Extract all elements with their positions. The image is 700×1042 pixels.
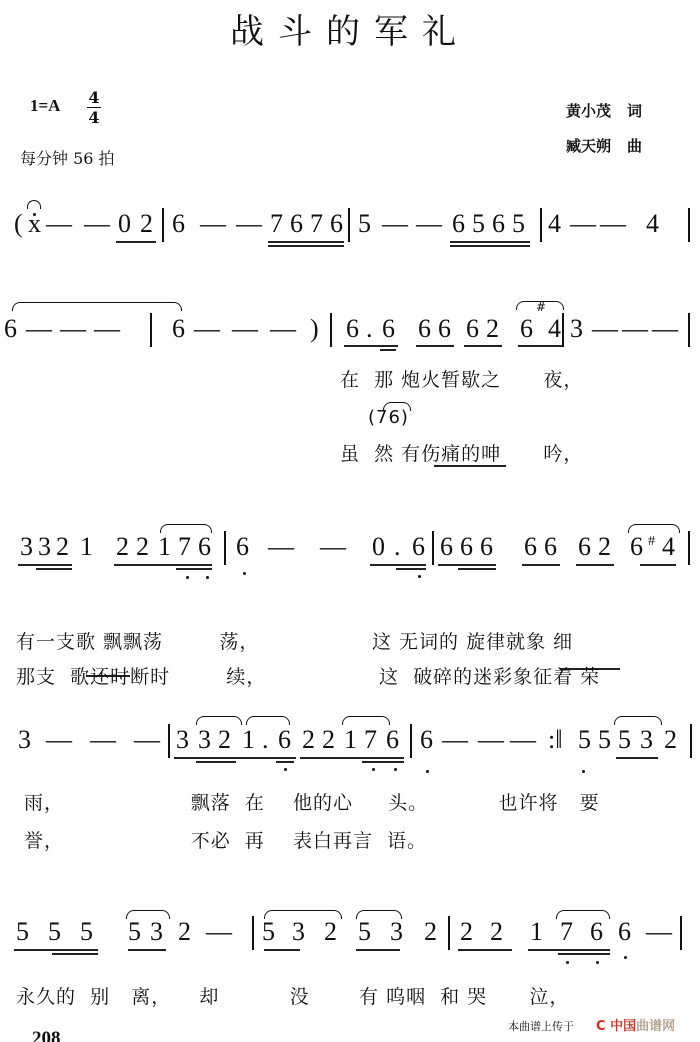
sixteenth-underline xyxy=(450,245,530,247)
note: 6 xyxy=(480,527,493,567)
barline xyxy=(680,916,682,950)
note: 6 xyxy=(618,912,631,952)
note: 6 xyxy=(544,527,557,567)
note: 6 xyxy=(630,527,643,567)
note: 6 xyxy=(466,309,479,349)
lyricist-name: 黄小茂 xyxy=(566,102,611,120)
note: ( xyxy=(14,204,23,244)
eighth-underline xyxy=(114,564,212,566)
tie-slur xyxy=(196,716,242,725)
sixteenth-underline xyxy=(396,568,426,570)
note: 2 xyxy=(302,720,315,760)
note: 5 xyxy=(48,912,61,952)
note: — xyxy=(200,204,226,244)
note: 2 xyxy=(218,720,231,760)
barline xyxy=(410,724,412,758)
lower-dot xyxy=(186,576,189,579)
note: 6 xyxy=(440,527,453,567)
notation-line-3: 3321221766——0.666666626#4 xyxy=(0,527,700,567)
note: 2 xyxy=(664,720,677,760)
note: — xyxy=(84,204,110,244)
tie-slur xyxy=(342,716,390,725)
note: 6 xyxy=(492,204,505,244)
logo-mark-icon: C xyxy=(596,1019,606,1034)
eighth-underline xyxy=(116,241,156,243)
notation-line-1: (x——026——76765——65654——4 xyxy=(0,204,700,244)
lower-dot xyxy=(596,961,599,964)
note: — xyxy=(194,309,220,349)
lower-dot xyxy=(426,770,429,773)
composer-name: 臧天朔 xyxy=(566,137,611,155)
note: — xyxy=(478,720,504,760)
note: 2 xyxy=(486,309,499,349)
site-logo[interactable]: C 中国曲谱网 xyxy=(596,1015,675,1034)
note: 6 xyxy=(236,527,249,567)
note: 3 xyxy=(570,309,583,349)
note: 2 xyxy=(490,912,503,952)
note: 3 xyxy=(198,720,211,760)
barline xyxy=(562,313,564,347)
note: — xyxy=(60,309,86,349)
note: 2 xyxy=(322,720,335,760)
eighth-underline xyxy=(356,949,400,951)
note: . xyxy=(394,527,401,567)
note: — xyxy=(94,309,120,349)
lower-dot xyxy=(206,576,209,579)
note: — xyxy=(600,204,626,244)
note: — xyxy=(270,309,296,349)
sixteenth-underline xyxy=(558,953,610,955)
note: — xyxy=(570,204,596,244)
tie-slur xyxy=(246,716,290,725)
note: 7 xyxy=(364,720,377,760)
note: — xyxy=(232,309,258,349)
eighth-underline xyxy=(18,564,72,566)
eighth-underline xyxy=(264,949,300,951)
note: 6 xyxy=(290,204,303,244)
barline xyxy=(448,916,450,950)
sixteenth-underline xyxy=(36,568,72,570)
time-denominator: 4 xyxy=(86,108,102,127)
note: 3 xyxy=(640,720,653,760)
sixteenth-underline xyxy=(362,761,404,763)
note: 0 xyxy=(118,204,131,244)
lyric-verse1-line2: 在 那 炮火暂歇之 夜， xyxy=(340,365,583,392)
barline xyxy=(432,531,434,565)
note: 3 xyxy=(176,720,189,760)
note: — xyxy=(134,720,160,760)
eighth-underline xyxy=(528,949,610,951)
note: 2 xyxy=(140,204,153,244)
note: 1 xyxy=(80,527,93,567)
note: 6 xyxy=(420,720,433,760)
note: — xyxy=(46,720,72,760)
note: 6 xyxy=(330,204,343,244)
note: — xyxy=(382,204,408,244)
lyric-verse2-line3: 那支 歌还时断时 续， 这 破碎的迷彩象征着 荣 xyxy=(16,662,600,689)
sixteenth-underline xyxy=(458,568,496,570)
note: 4 xyxy=(646,204,659,244)
note: — xyxy=(416,204,442,244)
tie-slur xyxy=(356,910,402,919)
tie-slur xyxy=(126,910,170,919)
note: 6 xyxy=(418,309,431,349)
eighth-underline xyxy=(464,345,502,347)
note: — xyxy=(652,309,678,349)
note: 5 xyxy=(16,912,29,952)
sixteenth-underline xyxy=(380,349,396,351)
note: . xyxy=(262,720,269,760)
note: x xyxy=(28,204,41,244)
note: ) xyxy=(310,309,319,349)
note: — xyxy=(592,309,618,349)
note: 6 xyxy=(386,720,399,760)
barline xyxy=(150,313,152,347)
note: 6 xyxy=(460,527,473,567)
note: — xyxy=(90,720,116,760)
note: 2 xyxy=(136,527,149,567)
note: 6 xyxy=(578,527,591,567)
note: 6 xyxy=(524,527,537,567)
eighth-underline xyxy=(268,241,344,243)
upload-note: 本曲谱上传于 xyxy=(508,1018,574,1034)
note: 2 xyxy=(56,527,69,567)
note: — xyxy=(510,720,536,760)
note: 1 xyxy=(158,527,171,567)
note: 5 xyxy=(358,204,371,244)
note: 6 xyxy=(520,309,533,349)
lower-dot xyxy=(243,572,246,575)
note: 7 xyxy=(178,527,191,567)
tie-slur xyxy=(383,402,411,411)
lower-dot xyxy=(624,956,627,959)
note: 2 xyxy=(460,912,473,952)
note: 5 xyxy=(80,912,93,952)
eighth-underline xyxy=(128,949,166,951)
note: 6 xyxy=(346,309,359,349)
note: :‖ xyxy=(548,720,563,760)
eighth-underline xyxy=(300,757,404,759)
song-title: 战斗的军礼 xyxy=(0,4,700,53)
lower-dot xyxy=(418,575,421,578)
note: 6 xyxy=(198,527,211,567)
note: 5 xyxy=(512,204,525,244)
barline xyxy=(688,531,690,565)
barline xyxy=(540,208,542,242)
lower-dot xyxy=(372,768,375,771)
barline xyxy=(348,208,350,242)
eighth-underline xyxy=(640,564,676,566)
note: — xyxy=(46,204,72,244)
eighth-underline xyxy=(370,564,426,566)
note: 4 xyxy=(662,527,675,567)
note: 2 xyxy=(116,527,129,567)
note: — xyxy=(320,527,346,567)
barline xyxy=(688,208,690,242)
tie-slur xyxy=(628,524,680,533)
note: 6 xyxy=(382,309,395,349)
tie-slur xyxy=(614,716,662,725)
note: 6 xyxy=(452,204,465,244)
sixteenth-underline xyxy=(268,245,344,247)
note: — xyxy=(26,309,52,349)
eighth-underline xyxy=(438,564,496,566)
note: 6 xyxy=(172,204,185,244)
note: . xyxy=(366,309,373,349)
sixteenth-underline xyxy=(52,953,98,955)
eighth-underline xyxy=(576,564,614,566)
sharp-sign: # xyxy=(536,300,546,314)
eighth-underline xyxy=(522,564,560,566)
note: 7 xyxy=(270,204,283,244)
note: 3 xyxy=(38,527,51,567)
note: 5 xyxy=(618,720,631,760)
eighth-underline xyxy=(616,757,658,759)
fermata-mark xyxy=(27,200,41,209)
sixteenth-underline xyxy=(196,761,236,763)
note: — xyxy=(646,912,672,952)
lower-dot xyxy=(566,961,569,964)
note: 6 xyxy=(412,527,425,567)
note: 3 xyxy=(18,720,31,760)
note: 6 xyxy=(438,309,451,349)
note: 1 xyxy=(344,720,357,760)
composer-credit: 臧天朔曲 xyxy=(566,135,642,156)
note: 1 xyxy=(242,720,255,760)
tie-slur xyxy=(264,910,342,919)
composer-role: 曲 xyxy=(627,137,642,155)
note: 3 xyxy=(20,527,33,567)
note: — xyxy=(236,204,262,244)
tie-slur xyxy=(160,524,212,533)
lyricist-credit: 黄小茂词 xyxy=(566,100,642,121)
note: 6 xyxy=(172,309,185,349)
note: 2 xyxy=(178,912,191,952)
lyric-verse2-line2: 虽 然 有伤痛的呻 吟， xyxy=(340,439,583,466)
note: 5 xyxy=(598,720,611,760)
eighth-underline xyxy=(174,757,296,759)
eighth-underline xyxy=(518,345,562,347)
logo-name-part2: 曲谱网 xyxy=(636,1019,675,1034)
lyricist-role: 词 xyxy=(627,102,642,120)
note: — xyxy=(442,720,468,760)
barline xyxy=(688,313,690,347)
tie-slur xyxy=(556,910,610,919)
note: 0 xyxy=(372,527,385,567)
barline xyxy=(168,724,170,758)
page-number: 208 xyxy=(32,1028,61,1042)
tie-slur xyxy=(12,302,182,311)
lower-dot xyxy=(582,770,585,773)
note: — xyxy=(622,309,648,349)
sixteenth-underline xyxy=(276,761,294,763)
eighth-underline xyxy=(14,949,98,951)
lyric-line5: 永久的 别 离， 却 没 有 呜咽 和 哭 泣， xyxy=(16,982,569,1009)
note: 7 xyxy=(310,204,323,244)
eighth-underline xyxy=(458,949,512,951)
tempo-marking: 每分钟 56 拍 xyxy=(20,146,115,169)
lower-dot xyxy=(394,768,397,771)
note: 2 xyxy=(424,912,437,952)
note: 1 xyxy=(530,912,543,952)
barline xyxy=(224,531,226,565)
lyric-verse2-line4: 誉， 不必 再 表白再言 语。 xyxy=(24,826,427,853)
barline xyxy=(252,916,254,950)
barline xyxy=(690,724,692,758)
note: 6 xyxy=(278,720,291,760)
time-signature: 4 4 xyxy=(86,88,102,127)
notation-line-4: 3———3321.6221766———:‖55532 xyxy=(0,720,700,760)
note: 5 xyxy=(472,204,485,244)
time-numerator: 4 xyxy=(86,88,102,107)
barline xyxy=(330,313,332,347)
note: 5 xyxy=(578,720,591,760)
eighth-underline xyxy=(344,345,398,347)
key-signature: 1=A xyxy=(30,96,60,116)
lyric-verse1-line4: 雨， 飘落 在 他的心 头。 也许将 要 xyxy=(24,788,600,815)
eighth-underline xyxy=(416,345,454,347)
note: 2 xyxy=(598,527,611,567)
eighth-underline xyxy=(450,241,530,243)
note: — xyxy=(268,527,294,567)
note: 4 xyxy=(548,309,561,349)
sixteenth-underline xyxy=(176,568,212,570)
note: 4 xyxy=(548,204,561,244)
notation-line-2: 6———6———)6.66662643——— xyxy=(0,309,700,349)
logo-name-part1: 中国 xyxy=(610,1019,636,1034)
lyric-verse1-line3: 有一支歌 飘飘荡 荡， 这 无词的 旋律就象 细 xyxy=(16,627,573,654)
note: — xyxy=(206,912,232,952)
note: 6 xyxy=(4,309,17,349)
upper-dot xyxy=(33,213,36,216)
barline xyxy=(162,208,164,242)
lower-dot xyxy=(284,768,287,771)
